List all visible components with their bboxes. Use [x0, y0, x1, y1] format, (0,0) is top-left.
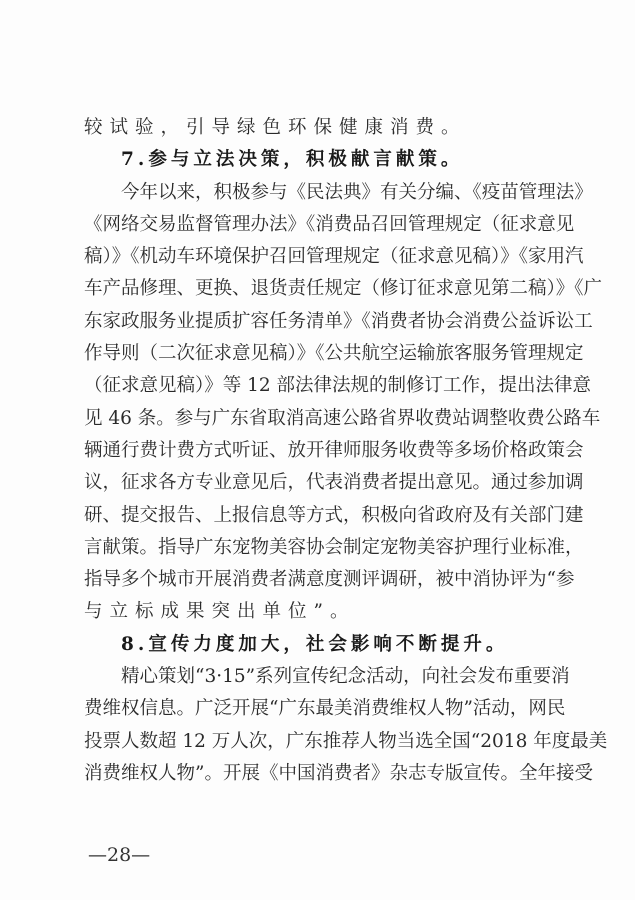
section-heading-7: 7.参与立法决策，积极献言献策。: [84, 144, 550, 176]
page-number: —28—: [88, 844, 150, 866]
text-line: 投票人数超 12 万人次，广东推荐人物当选全国“2018 年度最美: [84, 726, 550, 758]
text-line: 与立标成果突出单位”。: [84, 596, 550, 628]
text-line: 消费维权人物”。开展《中国消费者》杂志专版宣传。全年接受: [84, 758, 550, 790]
text-line: 稿）》《机动车环境保护召回管理规定（征求意见稿）》《家用汽: [84, 241, 550, 273]
text-line: 辆通行费计费方式听证、放开律师服务收费等多场价格政策会: [84, 435, 550, 467]
text-line: 见 46 条。参与广东省取消高速公路省界收费站调整收费公路车: [84, 403, 550, 435]
text-line: 东家政服务业提质扩容任务清单》《消费者协会消费公益诉讼工: [84, 306, 550, 338]
text-line: 精心策划“3·15”系列宣传纪念活动，向社会发布重要消: [84, 661, 550, 693]
text-line: 较试验，引导绿色环保健康消费。: [84, 112, 550, 144]
document-page: 较试验，引导绿色环保健康消费。 7.参与立法决策，积极献言献策。 今年以来，积极…: [84, 112, 550, 790]
text-line: 车产品修理、更换、退货责任规定（修订征求意见第二稿）》《广: [84, 273, 550, 305]
text-line: 研、提交报告、上报信息等方式，积极向省政府及有关部门建: [84, 500, 550, 532]
text-line: 议，征求各方专业意见后，代表消费者提出意见。通过参加调: [84, 467, 550, 499]
text-line: 作导则（二次征求意见稿）》《公共航空运输旅客服务管理规定: [84, 338, 550, 370]
text-line: 费维权信息。广泛开展“广东最美消费维权人物”活动，网民: [84, 693, 550, 725]
text-line: 今年以来，积极参与《民法典》有关分编、《疫苗管理法》: [84, 177, 550, 209]
text-line: （征求意见稿）》等 12 部法律法规的制修订工作，提出法律意: [84, 370, 550, 402]
text-line: 指导多个城市开展消费者满意度测评调研，被中消协评为“参: [84, 564, 550, 596]
text-line: 言献策。指导广东宠物美容协会制定宠物美容护理行业标准，: [84, 532, 550, 564]
section-heading-8: 8.宣传力度加大，社会影响不断提升。: [84, 629, 550, 661]
text-line: 《网络交易监督管理办法》《消费品召回管理规定（征求意见: [84, 209, 550, 241]
